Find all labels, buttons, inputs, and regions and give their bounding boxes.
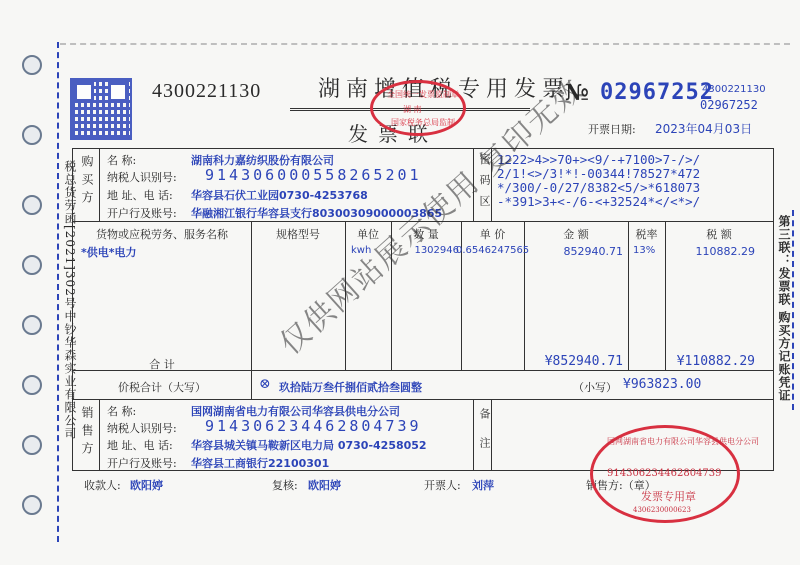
- grand-total-figure: ¥963823.00: [623, 377, 701, 392]
- issuer-label: 开票人:: [424, 477, 461, 493]
- invoice-number-small: 02967252: [700, 98, 758, 112]
- issue-date: 2023年04月03日: [655, 120, 752, 137]
- buyer-taxid-label: 纳税人识别号:: [107, 169, 177, 185]
- grand-total-words: 玖拾陆万叁仟捌佰贰拾叁圆整: [279, 379, 422, 395]
- invoice-code: 4300221130: [152, 80, 261, 103]
- cipher-area: 1222>4>>70+><9/-+7100>7-/>/2/1!<>/3!*!-0…: [497, 153, 700, 209]
- seller-label: 销售方: [79, 406, 96, 460]
- seller-name-label: 名 称:: [107, 403, 136, 419]
- seller-address-label: 地 址、电 话:: [107, 437, 173, 453]
- item-name: *供电*电力: [81, 244, 137, 260]
- issue-date-label: 开票日期:: [588, 121, 636, 137]
- payee-label: 收款人:: [84, 477, 121, 493]
- buyer-taxid: 91430600055826520​1: [205, 166, 422, 184]
- header-spec: 规格型号: [251, 226, 345, 242]
- perforation-top: [60, 43, 790, 45]
- issuer: 刘萍: [472, 477, 494, 493]
- seller-address: 华容县城关镇马鞍新区电力局 0730-4258052: [191, 437, 427, 453]
- circled-x-icon: ⊗: [259, 376, 271, 392]
- header-unit-price: 单 价: [461, 226, 524, 242]
- seller-bank-label: 开户行及账号:: [107, 455, 177, 471]
- header-item-name: 货物或应税劳务、服务名称: [73, 226, 251, 242]
- reviewer: 欧阳婷: [308, 477, 341, 493]
- perforation-left: [57, 42, 59, 542]
- invoice-seal-stamp: 国网湖南省电力有限公司华容县供电分公司 914306234462804739 发…: [590, 425, 740, 523]
- seller-bank: 华容县工商银行22100301: [191, 455, 329, 471]
- grand-total-label: 价税合计（大写）: [73, 379, 251, 395]
- header-tax: 税 额: [665, 226, 773, 242]
- total-amount: ¥852940.71: [545, 354, 623, 369]
- item-amount: 852940.71: [564, 245, 624, 258]
- buyer-name-label: 名 称:: [107, 152, 136, 168]
- total-tax: ¥110882.29: [677, 354, 755, 369]
- grand-total-row: 价税合计（大写） ⊗ 玖拾陆万叁仟捌佰贰拾叁圆整 （小写） ¥963823.00: [72, 370, 774, 400]
- seller-taxid: 914306234462804739: [205, 417, 422, 435]
- header-tax-rate: 税率: [628, 226, 665, 242]
- header-amount: 金 额: [524, 226, 628, 242]
- buyer-address-label: 地 址、电 话:: [107, 187, 173, 203]
- item-tax: 110882.29: [696, 245, 756, 258]
- copy-designation: 第三联：发票联 购买方记账凭证: [776, 215, 793, 405]
- item-unit-price: 0.6546247565: [456, 245, 529, 256]
- buyer-label: 购买方: [79, 155, 96, 209]
- buyer-bank-label: 开户行及账号:: [107, 205, 177, 221]
- buyer-address: 华容县石伏工业园0730-4253768: [191, 187, 368, 203]
- invoice-number: 02967252: [600, 80, 714, 105]
- reviewer-label: 复核:: [272, 477, 298, 493]
- qr-code-icon: [70, 78, 132, 140]
- tractor-feed-holes-left: [22, 55, 52, 525]
- remarks-label: 备注: [476, 408, 492, 466]
- invoice-code-small: 4300221130: [702, 84, 766, 95]
- seller-taxid-label: 纳税人识别号:: [107, 420, 177, 436]
- supervision-stamp: 全国统一发票监制章 湖 南 国家税务总局监制: [370, 80, 466, 136]
- grand-total-small-label: （小写）: [573, 379, 617, 395]
- item-tax-rate: 13%: [633, 245, 655, 256]
- payee: 欧阳婷: [130, 477, 163, 493]
